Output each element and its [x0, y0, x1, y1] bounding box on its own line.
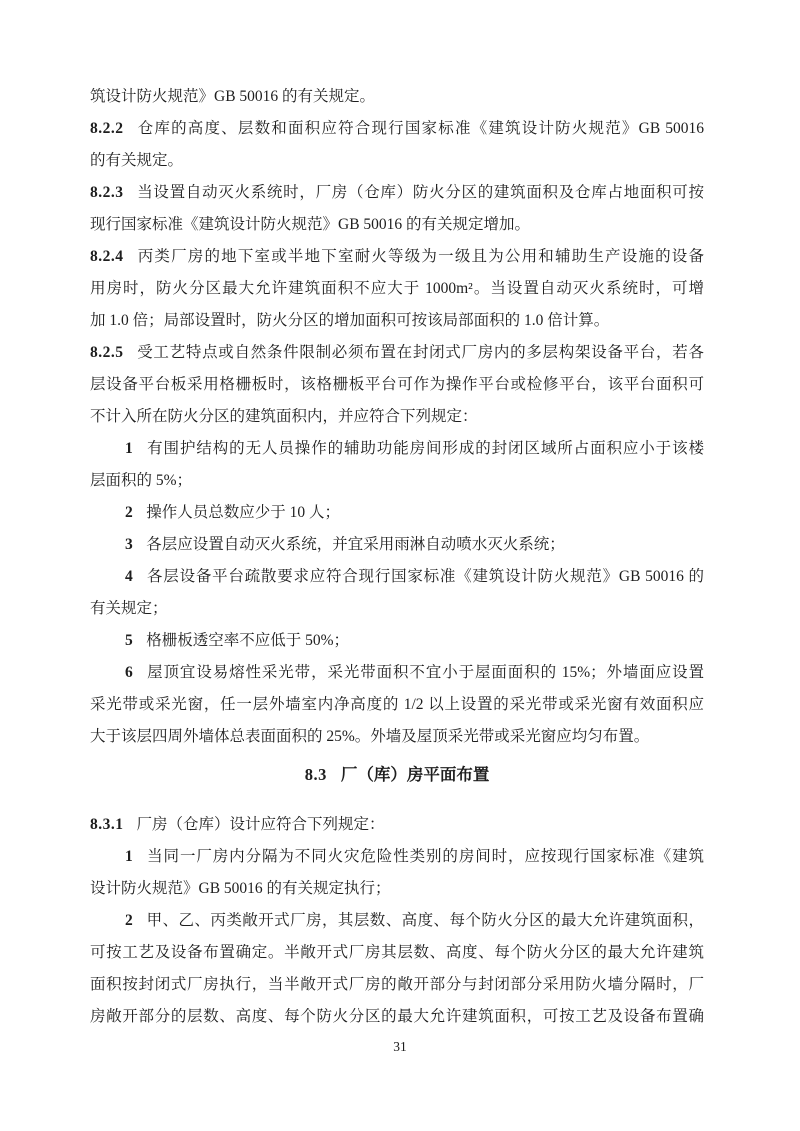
paragraph-8.3.1: 8.3.1厂房（仓库）设计应符合下列规定：	[90, 809, 704, 841]
list-item-number: 2	[125, 912, 133, 929]
text-line: 加 1.0 倍；局部设置时，防火分区的增加面积可按该局部面积的 1.0 倍计算。	[90, 305, 704, 337]
paragraph-8.2.4: 8.2.4丙类厂房的地下室或半地下室耐火等级为一级且为公用和辅助生产设施的设备用…	[90, 241, 704, 337]
paragraph-continued: 筑设计防火规范》GB 50016 的有关规定。	[90, 81, 704, 113]
text-line: 4各层设备平台疏散要求应符合现行国家标准《建筑设计防火规范》GB 50016 的	[90, 561, 704, 593]
paragraph-1: 1当同一厂房内分隔为不同火灾危险性类别的房间时，应按现行国家标准《建筑设计防火规…	[90, 841, 704, 905]
text-line: 可按工艺及设备布置确定。半敞开式厂房其层数、高度、每个防火分区的最大允许建筑	[90, 937, 704, 969]
heading-number: 8.3	[305, 765, 327, 784]
clause-number: 8.2.5	[90, 344, 124, 361]
paragraph-8.2.3: 8.2.3当设置自动灭火系统时，厂房（仓库）防火分区的建筑面积及仓库占地面积可按…	[90, 177, 704, 241]
paragraph-2: 2甲、乙、丙类敞开式厂房，其层数、高度、每个防火分区的最大允许建筑面积，可按工艺…	[90, 905, 704, 1033]
clause-number: 8.3.1	[90, 816, 124, 833]
text-line: 不计入所在防火分区的建筑面积内，并应符合下列规定：	[90, 401, 704, 433]
text-line: 设计防火规范》GB 50016 的有关规定执行；	[90, 873, 704, 905]
text-line: 2操作人员总数应少于 10 人；	[90, 497, 704, 529]
text-line: 层面积的 5%；	[90, 465, 704, 497]
paragraph-6: 6屋顶宜设易熔性采光带，采光带面积不宜小于屋面面积的 15%；外墙面应设置采光带…	[90, 657, 704, 753]
paragraph-1: 1有围护结构的无人员操作的辅助功能房间形成的封闭区域所占面积应小于该楼层面积的 …	[90, 433, 704, 497]
text-line: 用房时，防火分区最大允许建筑面积不应大于 1000m²。当设置自动灭火系统时，可…	[90, 273, 704, 305]
list-item-number: 3	[125, 536, 133, 553]
page-footer: 31	[0, 1038, 800, 1056]
paragraph-4: 4各层设备平台疏散要求应符合现行国家标准《建筑设计防火规范》GB 50016 的…	[90, 561, 704, 625]
text-line: 2甲、乙、丙类敞开式厂房，其层数、高度、每个防火分区的最大允许建筑面积，	[90, 905, 704, 937]
list-item-number: 6	[125, 664, 133, 681]
list-item-number: 2	[125, 504, 133, 521]
text-line: 1当同一厂房内分隔为不同火灾危险性类别的房间时，应按现行国家标准《建筑	[90, 841, 704, 873]
text-line: 8.2.3当设置自动灭火系统时，厂房（仓库）防火分区的建筑面积及仓库占地面积可按	[90, 177, 704, 209]
page-number: 31	[393, 1039, 407, 1054]
paragraph-3: 3各层应设置自动灭火系统，并宜采用雨淋自动喷水灭火系统；	[90, 529, 704, 561]
text-line: 有关规定；	[90, 593, 704, 625]
list-item-number: 1	[125, 440, 133, 457]
text-line: 的有关规定。	[90, 145, 704, 177]
section-heading-8.3: 8.3厂（库）房平面布置	[90, 759, 704, 791]
list-item-number: 5	[125, 632, 133, 649]
paragraph-8.2.5: 8.2.5受工艺特点或自然条件限制必须布置在封闭式厂房内的多层构架设备平台，若各…	[90, 337, 704, 433]
paragraph-8.2.2: 8.2.2仓库的高度、层数和面积应符合现行国家标准《建筑设计防火规范》GB 50…	[90, 113, 704, 177]
clause-number: 8.2.4	[90, 248, 124, 265]
list-item-number: 4	[125, 568, 133, 585]
text-line: 8.2.2仓库的高度、层数和面积应符合现行国家标准《建筑设计防火规范》GB 50…	[90, 113, 704, 145]
text-line: 8.2.5受工艺特点或自然条件限制必须布置在封闭式厂房内的多层构架设备平台，若各	[90, 337, 704, 369]
text-line: 层设备平台板采用格栅板时，该格栅板平台可作为操作平台或检修平台，该平台面积可	[90, 369, 704, 401]
text-line: 8.2.4丙类厂房的地下室或半地下室耐火等级为一级且为公用和辅助生产设施的设备	[90, 241, 704, 273]
page-body: 筑设计防火规范》GB 50016 的有关规定。8.2.2仓库的高度、层数和面积应…	[90, 81, 704, 1033]
heading-title: 厂（库）房平面布置	[341, 765, 490, 784]
paragraph-5: 5格栅板透空率不应低于 50%；	[90, 625, 704, 657]
clause-number: 8.2.3	[90, 184, 124, 201]
text-line: 现行国家标准《建筑设计防火规范》GB 50016 的有关规定增加。	[90, 209, 704, 241]
text-line: 5格栅板透空率不应低于 50%；	[90, 625, 704, 657]
text-line: 面积按封闭式厂房执行，当半敞开式厂房的敞开部分与封闭部分采用防火墙分隔时，厂	[90, 969, 704, 1001]
clause-number: 8.2.2	[90, 120, 124, 137]
text-line: 筑设计防火规范》GB 50016 的有关规定。	[90, 81, 704, 113]
text-line: 房敞开部分的层数、高度、每个防火分区的最大允许建筑面积，可按工艺及设备布置确	[90, 1001, 704, 1033]
text-line: 6屋顶宜设易熔性采光带，采光带面积不宜小于屋面面积的 15%；外墙面应设置	[90, 657, 704, 689]
text-line: 大于该层四周外墙体总表面面积的 25%。外墙及屋顶采光带或采光窗应均匀布置。	[90, 721, 704, 753]
text-line: 采光带或采光窗，任一层外墙室内净高度的 1/2 以上设置的采光带或采光窗有效面积…	[90, 689, 704, 721]
list-item-number: 1	[125, 848, 133, 865]
text-line: 1有围护结构的无人员操作的辅助功能房间形成的封闭区域所占面积应小于该楼	[90, 433, 704, 465]
text-line: 3各层应设置自动灭火系统，并宜采用雨淋自动喷水灭火系统；	[90, 529, 704, 561]
text-line: 8.3.1厂房（仓库）设计应符合下列规定：	[90, 809, 704, 841]
paragraph-2: 2操作人员总数应少于 10 人；	[90, 497, 704, 529]
